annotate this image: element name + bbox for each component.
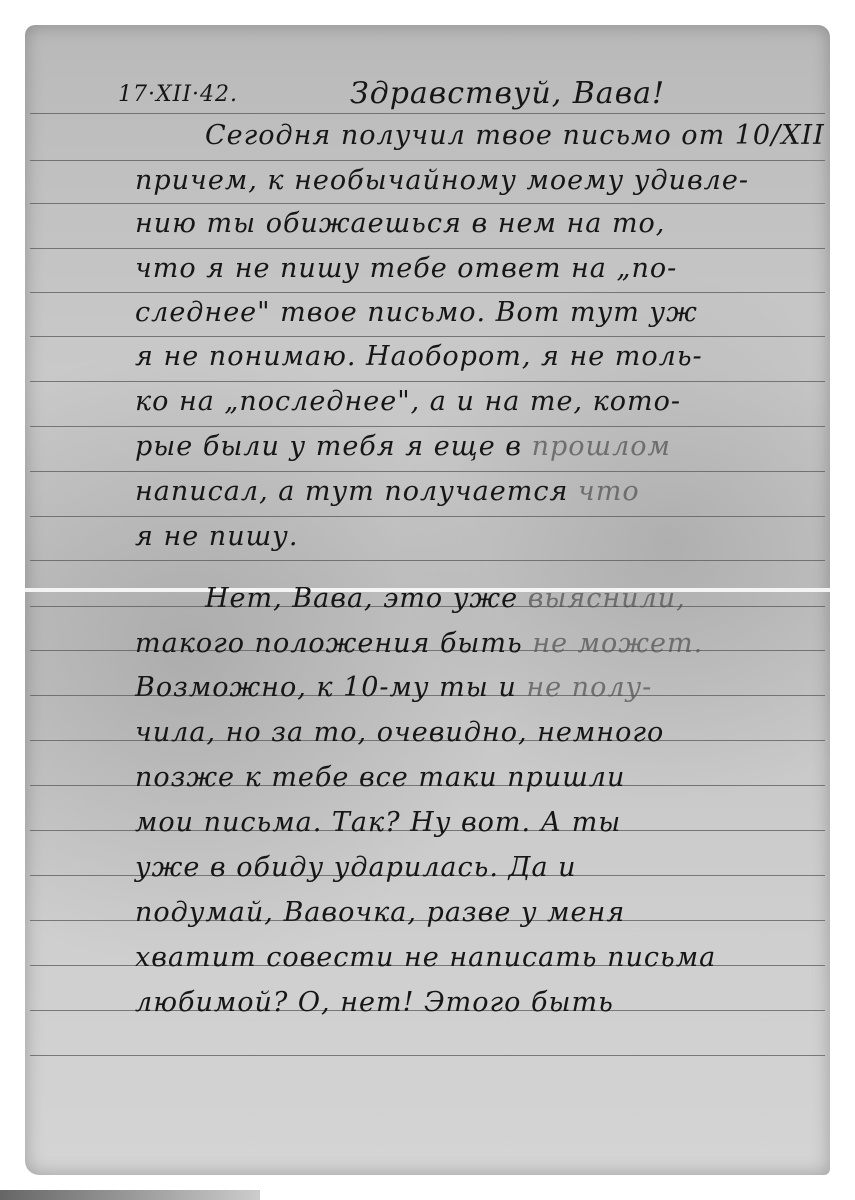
handwritten-text: уже в обиду ударилась. Да и — [135, 852, 577, 883]
letter-line: следнее" твое письмо. Вот тут уж — [135, 297, 698, 328]
faded-text: прошлом — [522, 431, 671, 462]
handwritten-text: подумай, Вавочка, разве у меня — [135, 897, 625, 928]
handwritten-text: я не понимаю. Наоборот, я не толь- — [135, 341, 703, 372]
ruled-line — [30, 113, 825, 114]
handwritten-text: позже к тебе все таки пришли — [135, 762, 625, 793]
handwritten-text: Возможно, к 10-му ты и — [135, 672, 517, 703]
ruled-line — [30, 560, 825, 561]
handwritten-text: мои письма. Так? Ну вот. А ты — [135, 807, 621, 838]
handwritten-text: следнее" твое письмо. Вот тут уж — [135, 297, 698, 328]
ruled-line — [30, 381, 825, 382]
ruled-line — [30, 248, 825, 249]
handwritten-text: что я не пишу тебе ответ на „по- — [135, 253, 677, 284]
handwritten-text: написал, а тут получается — [135, 476, 568, 507]
ruled-line — [30, 516, 825, 517]
handwritten-text: рые были у тебя я еще в — [135, 431, 522, 462]
letter-line: такого положения быть не может. — [135, 628, 703, 659]
letter-line: Возможно, к 10-му ты и не полу- — [135, 672, 652, 703]
faded-text: выяснили, — [518, 583, 686, 614]
handwritten-text: Сегодня получил твое письмо от 10/XII — [205, 120, 825, 151]
handwritten-text: я не пишу. — [135, 521, 298, 552]
scan-shadow — [0, 1190, 260, 1200]
ruled-line — [30, 471, 825, 472]
letter-line: позже к тебе все таки пришли — [135, 762, 625, 793]
ruled-line — [30, 336, 825, 337]
letter-line: подумай, Вавочка, разве у меня — [135, 897, 625, 928]
ruled-line — [30, 160, 825, 161]
ruled-line — [30, 426, 825, 427]
letter-line: рые были у тебя я еще в прошлом — [135, 431, 671, 462]
faded-text: не может. — [523, 628, 703, 659]
handwritten-text: ко на „последнее", а и на те, кото- — [135, 386, 681, 417]
letter-line: Сегодня получил твое письмо от 10/XII — [205, 120, 825, 151]
handwritten-text: чила, но за то, очевидно, немного — [135, 717, 664, 748]
faded-text: не полу- — [517, 672, 653, 703]
letter-line: нию ты обижаешься в нем на то, — [135, 208, 665, 239]
handwritten-text: такого положения быть — [135, 628, 523, 659]
letter-greeting: Здравствуй, Вава! — [350, 76, 665, 111]
letter-line: чила, но за то, очевидно, немного — [135, 717, 664, 748]
handwritten-text: нию ты обижаешься в нем на то, — [135, 208, 665, 239]
letter-line: уже в обиду ударилась. Да и — [135, 852, 577, 883]
handwritten-text: хватит совести не написать письма — [135, 942, 716, 973]
letter-line: ко на „последнее", а и на те, кото- — [135, 386, 681, 417]
letter-line: что я не пишу тебе ответ на „по- — [135, 253, 677, 284]
ruled-line — [30, 1055, 825, 1056]
handwritten-text: Нет, Вава, это уже — [205, 583, 518, 614]
faded-text: что — [568, 476, 639, 507]
handwritten-text: любимой? О, нет! Этого быть — [135, 987, 614, 1018]
letter-line: мои письма. Так? Ну вот. А ты — [135, 807, 621, 838]
letter-line: написал, а тут получается что — [135, 476, 640, 507]
ruled-line — [30, 292, 825, 293]
letter-date: 17·XII·42. — [118, 82, 238, 107]
letter-line: любимой? О, нет! Этого быть — [135, 987, 614, 1018]
letter-line: причем, к необычайному моему удивле- — [135, 165, 749, 196]
handwritten-text: причем, к необычайному моему удивле- — [135, 165, 749, 196]
letter-line: я не пишу. — [135, 521, 298, 552]
letter-line: я не понимаю. Наоборот, я не толь- — [135, 341, 703, 372]
ruled-line — [30, 203, 825, 204]
letter-line: Нет, Вава, это уже выяснили, — [205, 583, 686, 614]
letter-line: хватит совести не написать письма — [135, 942, 716, 973]
